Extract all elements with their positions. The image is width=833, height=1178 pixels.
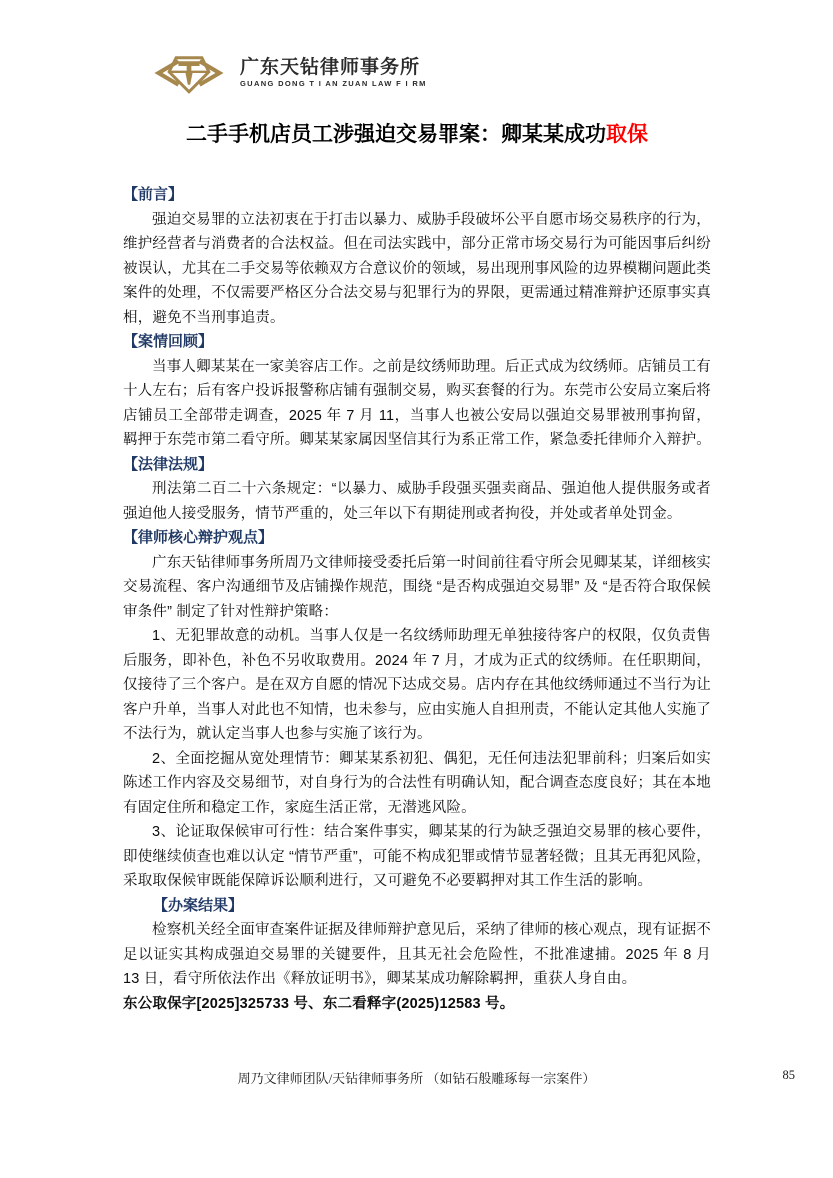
paragraph: 2、全面挖掘从宽处理情节：卿某某系初犯、偶犯，无任何违法犯罪前科；归案后如实陈述…: [123, 747, 711, 821]
paragraph: 1、无犯罪故意的动机。当事人仅是一名纹绣师助理无单独接待客户的权限，仅负责售后服…: [123, 624, 711, 747]
law-firm-name-cn: 广东天钻律师事务所: [240, 57, 427, 79]
paragraph: 强迫交易罪的立法初衷在于打击以暴力、威胁手段破坏公平自愿市场交易秩序的行为，维护…: [123, 208, 711, 331]
law-firm-logo: 广东天钻律师事务所 GUANG DONG T I AN ZUAN LAW F I…: [148, 48, 427, 98]
section-heading: 【法律法规】: [123, 453, 711, 478]
law-firm-name: 广东天钻律师事务所 GUANG DONG T I AN ZUAN LAW F I…: [240, 57, 427, 89]
page-number: 85: [783, 1068, 796, 1083]
section-heading: 【前言】: [123, 183, 711, 208]
document-body: 【前言】强迫交易罪的立法初衷在于打击以暴力、威胁手段破坏公平自愿市场交易秩序的行…: [123, 183, 711, 1016]
paragraph: 当事人卿某某在一家美容店工作。之前是纹绣师助理。后正式成为纹绣师。店铺员工有十人…: [123, 355, 711, 453]
section-heading: 【律师核心辩护观点】: [123, 526, 711, 551]
law-firm-name-en: GUANG DONG T I AN ZUAN LAW F I RM: [240, 79, 427, 89]
section-heading: 【案情回顾】: [123, 330, 711, 355]
paragraph: 广东天钻律师事务所周乃文律师接受委托后第一时间前往看守所会见卿某某，详细核实交易…: [123, 551, 711, 625]
paragraph: 刑法第二百二十六条规定：“以暴力、威胁手段强买强卖商品、强迫他人提供服务或者强迫…: [123, 477, 711, 526]
section-heading: 【办案结果】: [123, 894, 711, 919]
diamond-logo-icon: [148, 48, 230, 98]
page-title-highlight: 取保: [606, 123, 648, 146]
paragraph: 东公取保字[2025]325733 号、东二看释字(2025)12583 号。: [123, 992, 711, 1017]
page-title-main: 二手手机店员工涉强迫交易罪案：卿某某成功: [186, 123, 606, 146]
footer-text: 周乃文律师团队/天钻律师事务所 （如钻石般雕琢每一宗案件）: [0, 1068, 833, 1087]
paragraph: 检察机关经全面审查案件证据及律师辩护意见后，采纳了律师的核心观点，现有证据不足以…: [123, 918, 711, 992]
document-content: 二手手机店员工涉强迫交易罪案：卿某某成功取保 【前言】强迫交易罪的立法初衷在于打…: [123, 120, 711, 1016]
paragraph: 3、论证取保候审可行性：结合案件事实，卿某某的行为缺乏强迫交易罪的核心要件，即使…: [123, 820, 711, 894]
document-page: 广东天钻律师事务所 GUANG DONG T I AN ZUAN LAW F I…: [0, 0, 833, 1178]
page-title: 二手手机店员工涉强迫交易罪案：卿某某成功取保: [123, 120, 711, 150]
